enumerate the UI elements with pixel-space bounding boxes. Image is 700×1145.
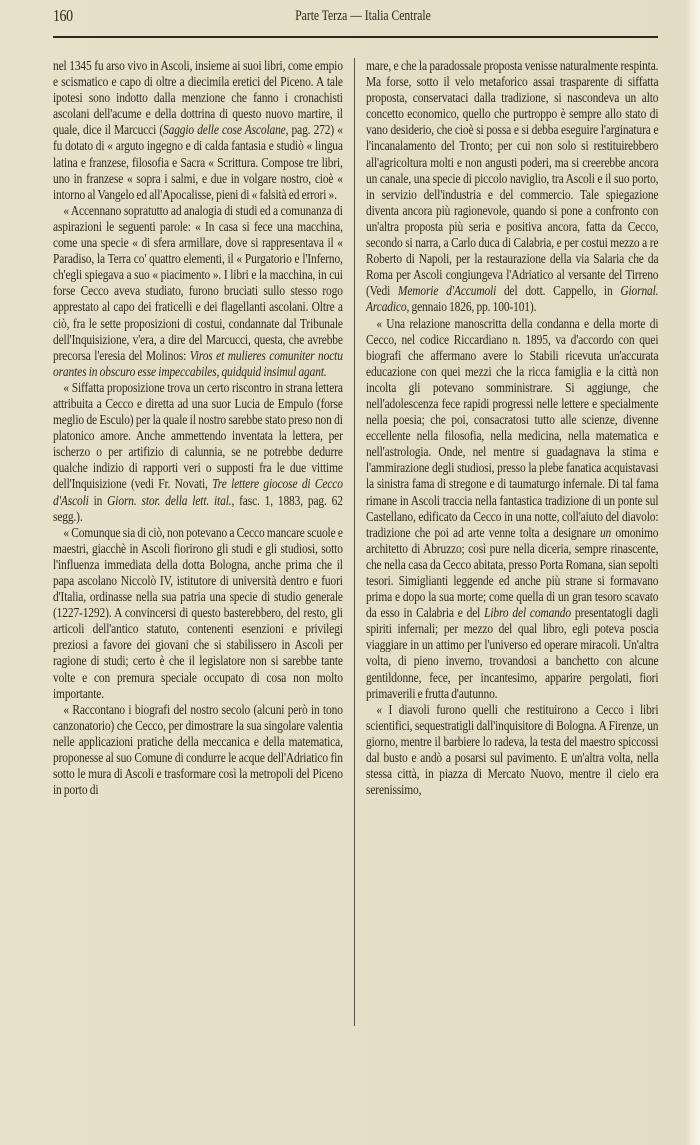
- text-run: mare, e che la paradossale proposta veni…: [366, 58, 658, 298]
- paragraph: « Raccontano i biografi del nostro secol…: [53, 702, 343, 799]
- italic-citation: Saggio delle cose Ascolane: [163, 122, 286, 137]
- left-column: nel 1345 fu arso vivo in Ascoli, insieme…: [53, 58, 343, 798]
- header-rule: [53, 36, 658, 38]
- paragraph: nel 1345 fu arso vivo in Ascoli, insieme…: [53, 58, 343, 203]
- italic-citation: Libro del comando: [484, 605, 571, 620]
- paragraph: « I diavoli furono quelli che restituiro…: [366, 702, 658, 799]
- book-page: 160 Parte Terza — Italia Centrale nel 13…: [0, 0, 700, 1145]
- text-run: del dott. Cappello, in: [496, 283, 620, 298]
- right-column: mare, e che la paradossale proposta veni…: [366, 58, 658, 798]
- text-run: « Comunque sia di ciò, non potevano a Ce…: [53, 525, 343, 701]
- text-run: in: [89, 493, 107, 508]
- text-run: « I diavoli furono quelli che restituiro…: [366, 702, 658, 797]
- paragraph: « Accennano sopratutto ad analogia di st…: [53, 203, 343, 380]
- text-run: « Siffatta proposizione trova un certo r…: [53, 380, 343, 492]
- running-head: Parte Terza — Italia Centrale: [113, 8, 596, 25]
- paragraph: « Siffatta proposizione trova un certo r…: [53, 380, 343, 525]
- italic-citation: un: [600, 525, 611, 540]
- page-edge-shadow: [686, 0, 700, 1145]
- text-run: , gennaio 1826, pp. 100-101).: [406, 299, 536, 314]
- paragraph: mare, e che la paradossale proposta veni…: [366, 58, 658, 316]
- paragraph: « Una relazione manoscritta della condan…: [366, 316, 658, 702]
- right-column-text: mare, e che la paradossale proposta veni…: [366, 58, 658, 798]
- paragraph: « Comunque sia di ciò, non potevano a Ce…: [53, 525, 343, 702]
- page-number: 160: [53, 6, 73, 26]
- column-divider: [354, 58, 355, 1026]
- text-run: « Una relazione manoscritta della condan…: [366, 316, 658, 540]
- italic-citation: Memorie d'Accumoli: [398, 283, 496, 298]
- page-header: 160 Parte Terza — Italia Centrale: [53, 6, 657, 36]
- text-run: « Accennano sopratutto ad analogia di st…: [53, 203, 343, 363]
- italic-citation: Giorn. stor. della lett. ital.: [107, 493, 231, 508]
- text-run: « Raccontano i biografi del nostro secol…: [53, 702, 343, 797]
- left-column-text: nel 1345 fu arso vivo in Ascoli, insieme…: [53, 58, 343, 798]
